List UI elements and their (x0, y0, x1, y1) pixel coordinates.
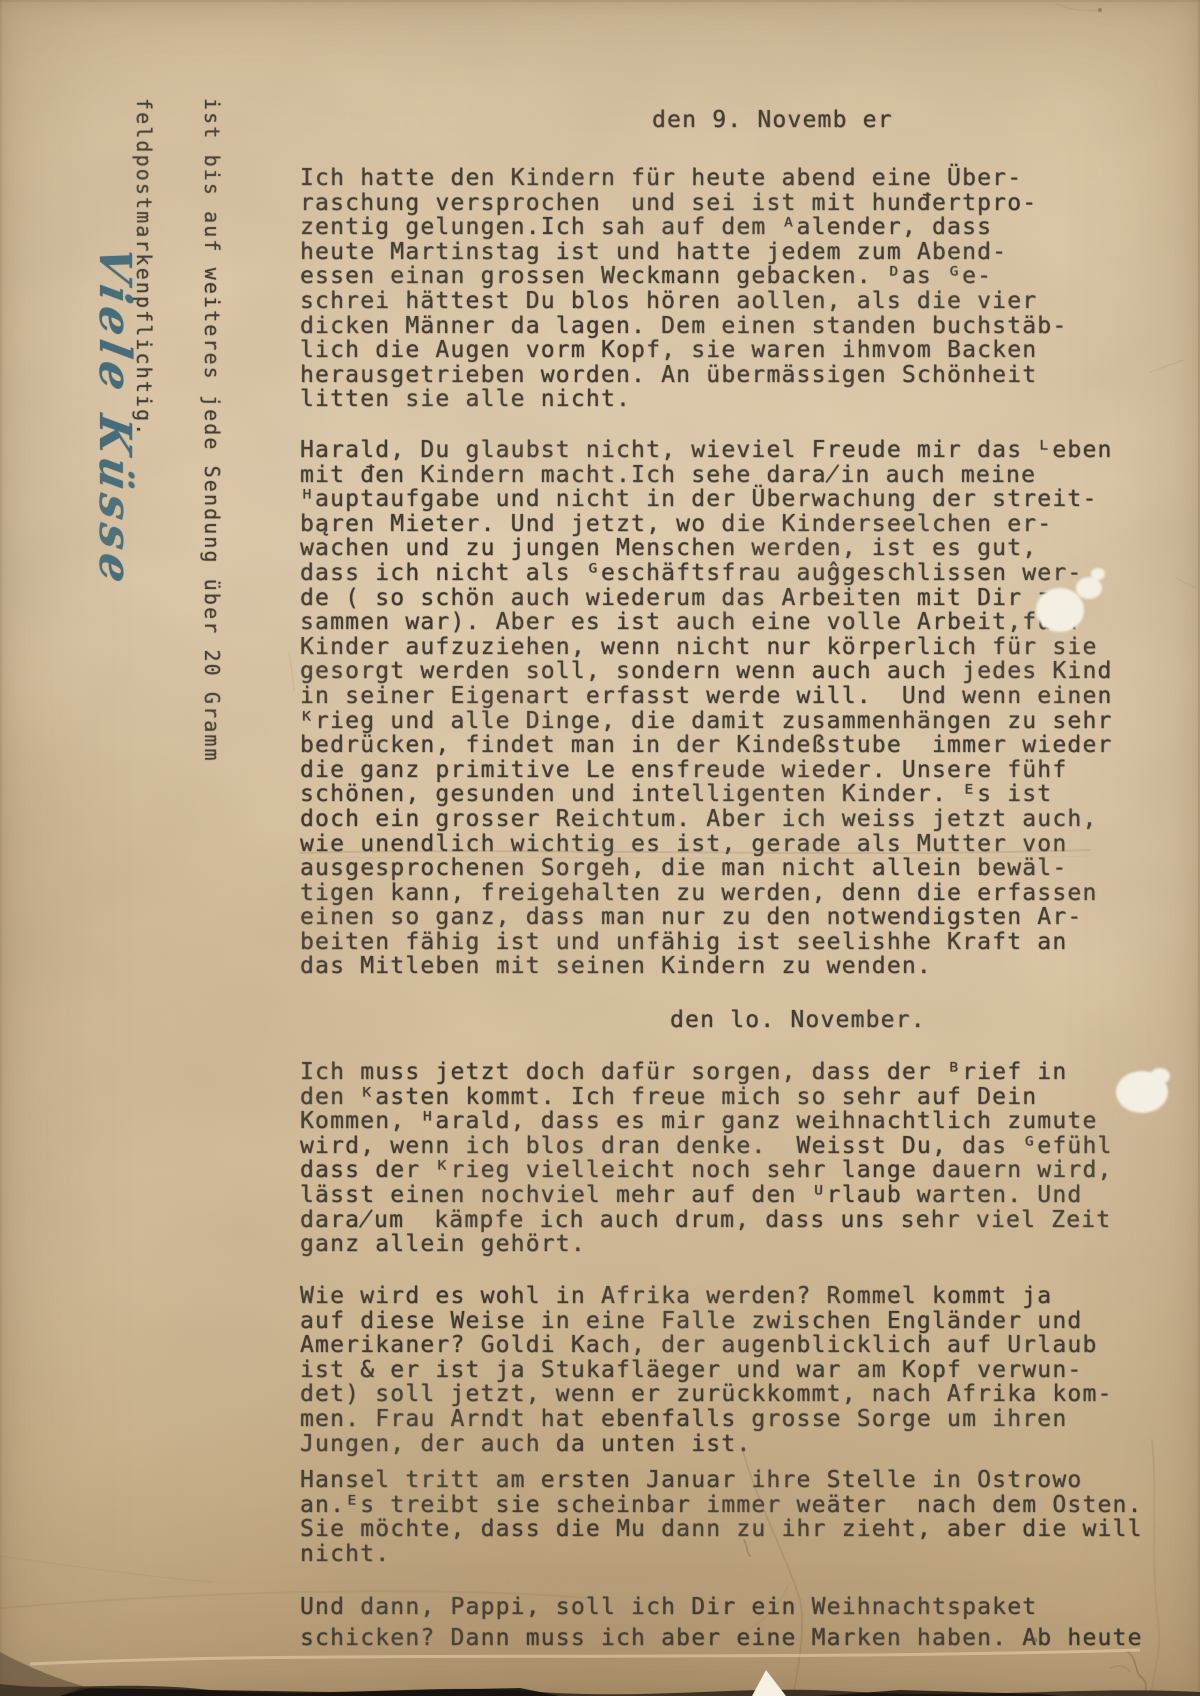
letter-paragraph-3: Ich muss jetzt doch dafür sorgen, dass d… (300, 1060, 1113, 1257)
letter-paragraph-6: Und dann, Pappi, soll ich Dir ein Weihna… (300, 1592, 1143, 1654)
handwriting-line1: Viele Küsse (91, 243, 138, 751)
date-heading-november-9: den 9. Novemb er (652, 108, 893, 133)
date-heading-november-10: den lo. November. (670, 1008, 926, 1033)
letter-paragraph-1: Ich hatte den Kindern für heute abend ei… (300, 166, 1067, 412)
torn-bottom-edge (0, 1650, 1200, 1696)
handwritten-closing: Viele Küsse deine Lotti. (0, 202, 232, 768)
letter-paragraph-4: Wie wird es wohl in Afrika werden? Romme… (300, 1284, 1113, 1456)
letter-paragraph-2: Harald, Du glaubst nicht, wieviel Freude… (300, 438, 1113, 979)
letter-page: ist bis auf weiteres jede Sendung über 2… (0, 0, 1200, 1696)
letter-paragraph-5: Hansel tritt am ersten Januar ihre Stell… (300, 1468, 1143, 1566)
